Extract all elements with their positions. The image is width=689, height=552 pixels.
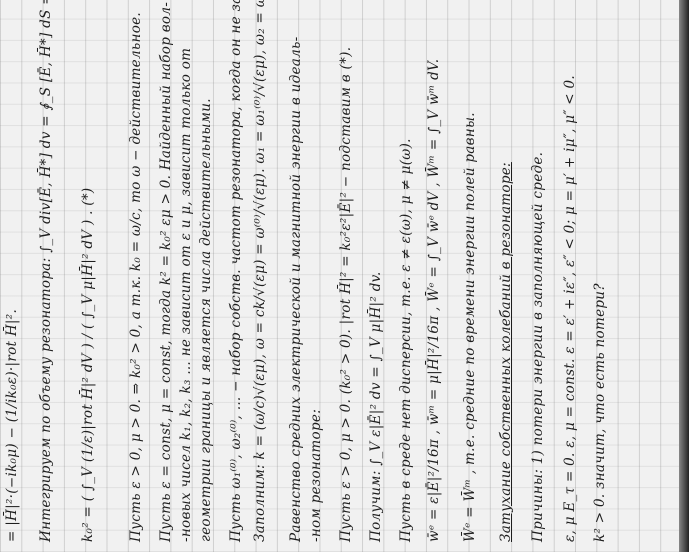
- text-line-14: Пусть в среде нет дисперсии, т.е. ε ≠ ε(…: [398, 138, 414, 542]
- text-line-2: Интегрируем по объему резонатора: ∫_V di…: [38, 0, 54, 542]
- text-line-12: Пусть ε > 0, μ > 0. (k₀² > 0). |rot H̄|²…: [338, 47, 354, 542]
- text-line-8: Пусть ω₁⁽⁰⁾, ω₂⁽⁰⁾, … − набор собств. ча…: [228, 0, 244, 542]
- text-line-13: Получим: ∫_V ε|Ē|² dv = ∫_V μ|H̄|² dv.: [368, 271, 384, 542]
- text-line-4: Пусть ε > 0, μ > 0. ⇒ k₀² > 0, а т.к. k₀…: [128, 12, 144, 542]
- text-line-16: W̄ᵉ = W̄ᵐ , т.е. средние по времени энер…: [462, 112, 478, 542]
- text-line-20: k² > 0. значит, что есть потери?: [592, 283, 608, 542]
- text-line-5: Пусть ε = const, μ = const, тогда k² = k…: [158, 2, 174, 542]
- text-line-19: ε, μ E_τ = 0. ε, μ = const. ε = ε′ + iε″…: [562, 75, 578, 542]
- text-line-18: Причины: 1) потери энергии в заполняющей…: [530, 152, 546, 542]
- text-line-3: k₀² = ( ∫_V (1/ε)|rot H̄|² dV ) / ( ∫_V …: [80, 188, 96, 542]
- text-line-7: геометрии границы и является числа дейст…: [198, 98, 214, 542]
- text-line-15: w̄ᵉ = ε|Ē|²/16π , w̄ᵐ = μ|H̄|²/16π , W̄ᵉ…: [426, 59, 442, 542]
- notebook-page: = |H̄|²·(−ik₀μ) − (1/ik₀ε)·|rot H̄|². Ин…: [0, 0, 679, 552]
- section-heading-damping: Затухание собственных колебаний в резона…: [498, 162, 514, 542]
- text-line-9: Заполним: k = (ω/c)√(εμ), ω = ck/√(εμ) =…: [252, 0, 268, 542]
- scan-edge-right: [679, 0, 689, 552]
- text-line-11: -ном резонаторе:: [308, 409, 324, 542]
- text-line-10: Равенство средних электрической и магнит…: [288, 37, 304, 543]
- scanned-page: = |H̄|²·(−ik₀μ) − (1/ik₀ε)·|rot H̄|². Ин…: [0, 0, 689, 552]
- text-line-6: -новых чисел k₁, k₂, k₃ … не зависит от …: [178, 48, 194, 542]
- text-line-1: = |H̄|²·(−ik₀μ) − (1/ik₀ε)·|rot H̄|².: [4, 309, 20, 542]
